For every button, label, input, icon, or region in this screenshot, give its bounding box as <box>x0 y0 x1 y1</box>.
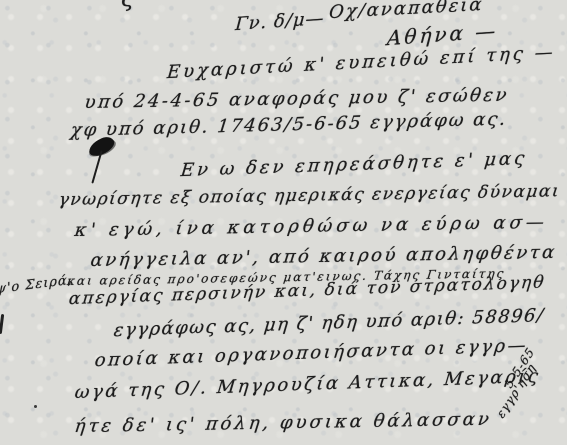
left-margin-note: εψ'ο Σειρά, <box>0 273 73 299</box>
addressee-line-rest: Οχ/αναπαθεία <box>328 0 484 23</box>
handwriting-line: Εν ω δεν επηρεάσθητε ε' μας <box>180 148 529 181</box>
manuscript-page: ϛ ʹ ʼ Γν. δ/μ— Οχ/αναπαθεία Αθήνα — Ευχα… <box>0 0 567 445</box>
handwriting-line: κ' εγώ, ίνα κατορθώσω να εύρω ασ— <box>73 212 549 241</box>
paper-speck <box>34 405 37 408</box>
handwriting-line-date-24-4-65: υπό 24-4-65 αναφοράς μου ζ' εσώθεν <box>83 85 510 113</box>
addressee-line-prefix: Γν. δ/μ— <box>235 8 326 35</box>
handwriting-line: γνωρίσητε εξ οποίας ημερικάς ενεργείας δ… <box>58 181 562 210</box>
handwriting-line: Ευχαριστώ κ' ευπειθώ επί της — <box>166 42 556 83</box>
left-edge-pen-tick <box>0 314 4 334</box>
handwriting-line-ref-17463: χφ υπό αριθ. 17463/5-6-65 εγγράφω ας. <box>70 109 509 141</box>
handwriting-line: οποία και οργανοποιήσαντα οι εγγρ— <box>94 335 529 371</box>
handwriting-line: ωγά της Ο/. Μηγρουζία Αττικα, Μεγαρίς <box>74 366 542 403</box>
handwriting-line-bottom-cut: ήτε δε' ις' πόλη, φυσικα θάλασσαν <box>73 409 493 437</box>
